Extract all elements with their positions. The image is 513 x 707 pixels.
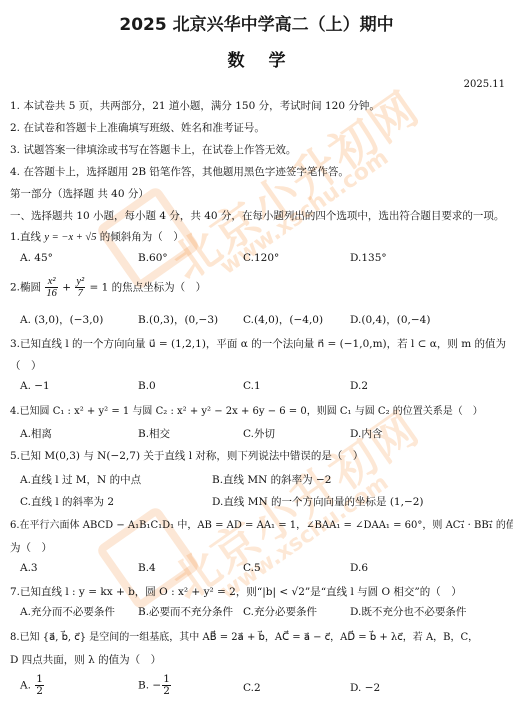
q2-stem-suffix: = 1 的焦点坐标为（ ） xyxy=(86,282,206,294)
q8-option-a: A. 12 xyxy=(20,674,45,697)
q5-option-b: B.直线 MN 的斜率为 −2 xyxy=(212,472,331,487)
q4-option-d: D.内含 xyxy=(350,426,382,441)
q7-option-a: A.充分而不必要条件 xyxy=(20,604,115,619)
question-6-stem: 6.在平行六面体 ABCD − A₁B₁C₁D₁ 中，AB = AD = AA₁… xyxy=(10,516,513,531)
q8-option-c: C.2 xyxy=(243,682,261,694)
q4-option-b: B.相交 xyxy=(138,426,170,441)
instruction-1: 1. 本试卷共 5 页，共两部分，21 道小题，满分 150 分，考试时间 12… xyxy=(10,98,380,113)
q8-option-a-fraction: 12 xyxy=(35,674,44,697)
q1-option-d: D.135° xyxy=(350,252,387,264)
q2-option-d: D.(0,4)，(0,−4) xyxy=(350,312,430,327)
q1-option-b: B.60° xyxy=(138,252,168,264)
q5-option-a: A.直线 l 过 M，N 的中点 xyxy=(20,472,141,487)
exam-title: 2025 北京兴华中学高二（上）期中 xyxy=(0,10,513,35)
question-4-stem: 4.已知圆 C₁ : x² + y² = 1 与圆 C₂ : x² + y² −… xyxy=(10,402,483,417)
q1-equation: y = −x + √5 xyxy=(44,232,96,243)
q6-option-c: C.5 xyxy=(243,562,261,574)
q3-option-b: B.0 xyxy=(138,380,156,392)
q3-option-a: A. −1 xyxy=(20,380,50,392)
instruction-4: 4. 在答题卡上，选择题用 2B 铅笔作答，其他题用黑色字迹签字笔作答。 xyxy=(10,164,349,179)
exam-subject: 数学 xyxy=(0,46,513,71)
instruction-2: 2. 在试卷和答题卡上准确填写班级、姓名和准考证号。 xyxy=(10,120,265,135)
question-8-stem: 8.已知 {a⃗, b⃗, c⃗} 是空间的一组基底，其中 AB⃗ = 2a⃗ … xyxy=(10,628,478,643)
q2-stem-prefix: 2.椭圆 xyxy=(10,282,44,294)
q3-option-c: C.1 xyxy=(243,380,261,392)
q6-option-b: B.4 xyxy=(138,562,156,574)
q2-fraction-x: x²16 xyxy=(45,276,58,299)
q7-option-b: B.必要而不充分条件 xyxy=(138,604,233,619)
q3-option-d: D.2 xyxy=(350,380,368,392)
instruction-3: 3. 试题答案一律填涂或书写在答题卡上，在试卷上作答无效。 xyxy=(10,142,296,157)
q7-option-d: D.既不充分也不必要条件 xyxy=(350,604,466,619)
q8-option-d: D. −2 xyxy=(350,682,380,694)
q6-option-a: A.3 xyxy=(20,562,38,574)
question-2-stem: 2.椭圆 x²16 + y²7 = 1 的焦点坐标为（ ） xyxy=(10,276,206,299)
q1-stem-prefix: 1.直线 xyxy=(10,231,44,243)
q5-option-d: D.直线 MN 的一个方向向量的坐标是 (1,−2) xyxy=(212,494,424,509)
q1-option-a: A. 45° xyxy=(20,252,53,264)
q2-option-b: B.(0,3)，(0,−3) xyxy=(138,312,218,327)
exam-date: 2025.11 xyxy=(464,79,505,90)
q8-option-b: B. −12 xyxy=(138,674,172,697)
q4-option-c: C.外切 xyxy=(243,426,275,441)
q1-option-c: C.120° xyxy=(243,252,279,264)
question-7-stem: 7.已知直线 l : y = kx + b，圆 O : x² + y² = 2，… xyxy=(10,584,462,599)
question-3-stem-cont: （ ） xyxy=(10,358,42,373)
question-1-stem: 1.直线 y = −x + √5 的倾斜角为（ ） xyxy=(10,229,184,244)
section-description: 一、选择题共 10 小题，每小题 4 分，共 40 分，在每小题列出的四个选项中… xyxy=(10,208,504,223)
question-6-stem-cont: 为（ ） xyxy=(10,540,52,555)
q5-option-c: C.直线 l 的斜率为 2 xyxy=(20,494,114,509)
q4-option-a: A.相离 xyxy=(20,426,52,441)
section-part-heading: 第一部分（选择题 共 40 分） xyxy=(10,186,149,201)
q2-fraction-y: y²7 xyxy=(75,276,85,299)
question-8-stem-cont: D 四点共面，则 λ 的值为（ ） xyxy=(10,652,161,667)
q2-option-c: C.(4,0)，(−4,0) xyxy=(243,312,323,327)
question-3-stem: 3.已知直线 l 的一个方向向量 u⃗ = (1,2,1)，平面 α 的一个法向… xyxy=(10,336,506,351)
q7-option-c: C.充分必要条件 xyxy=(243,604,317,619)
q6-option-d: D.6 xyxy=(350,562,368,574)
question-5-stem: 5.已知 M(0,3) 与 N(−2,7) 关于直线 l 对称，则下列说法中错误… xyxy=(10,448,363,463)
q8-option-b-fraction: 12 xyxy=(162,674,171,697)
q2-option-a: A. (3,0)，(−3,0) xyxy=(20,312,103,327)
q1-stem-suffix: 的倾斜角为（ ） xyxy=(96,231,183,243)
